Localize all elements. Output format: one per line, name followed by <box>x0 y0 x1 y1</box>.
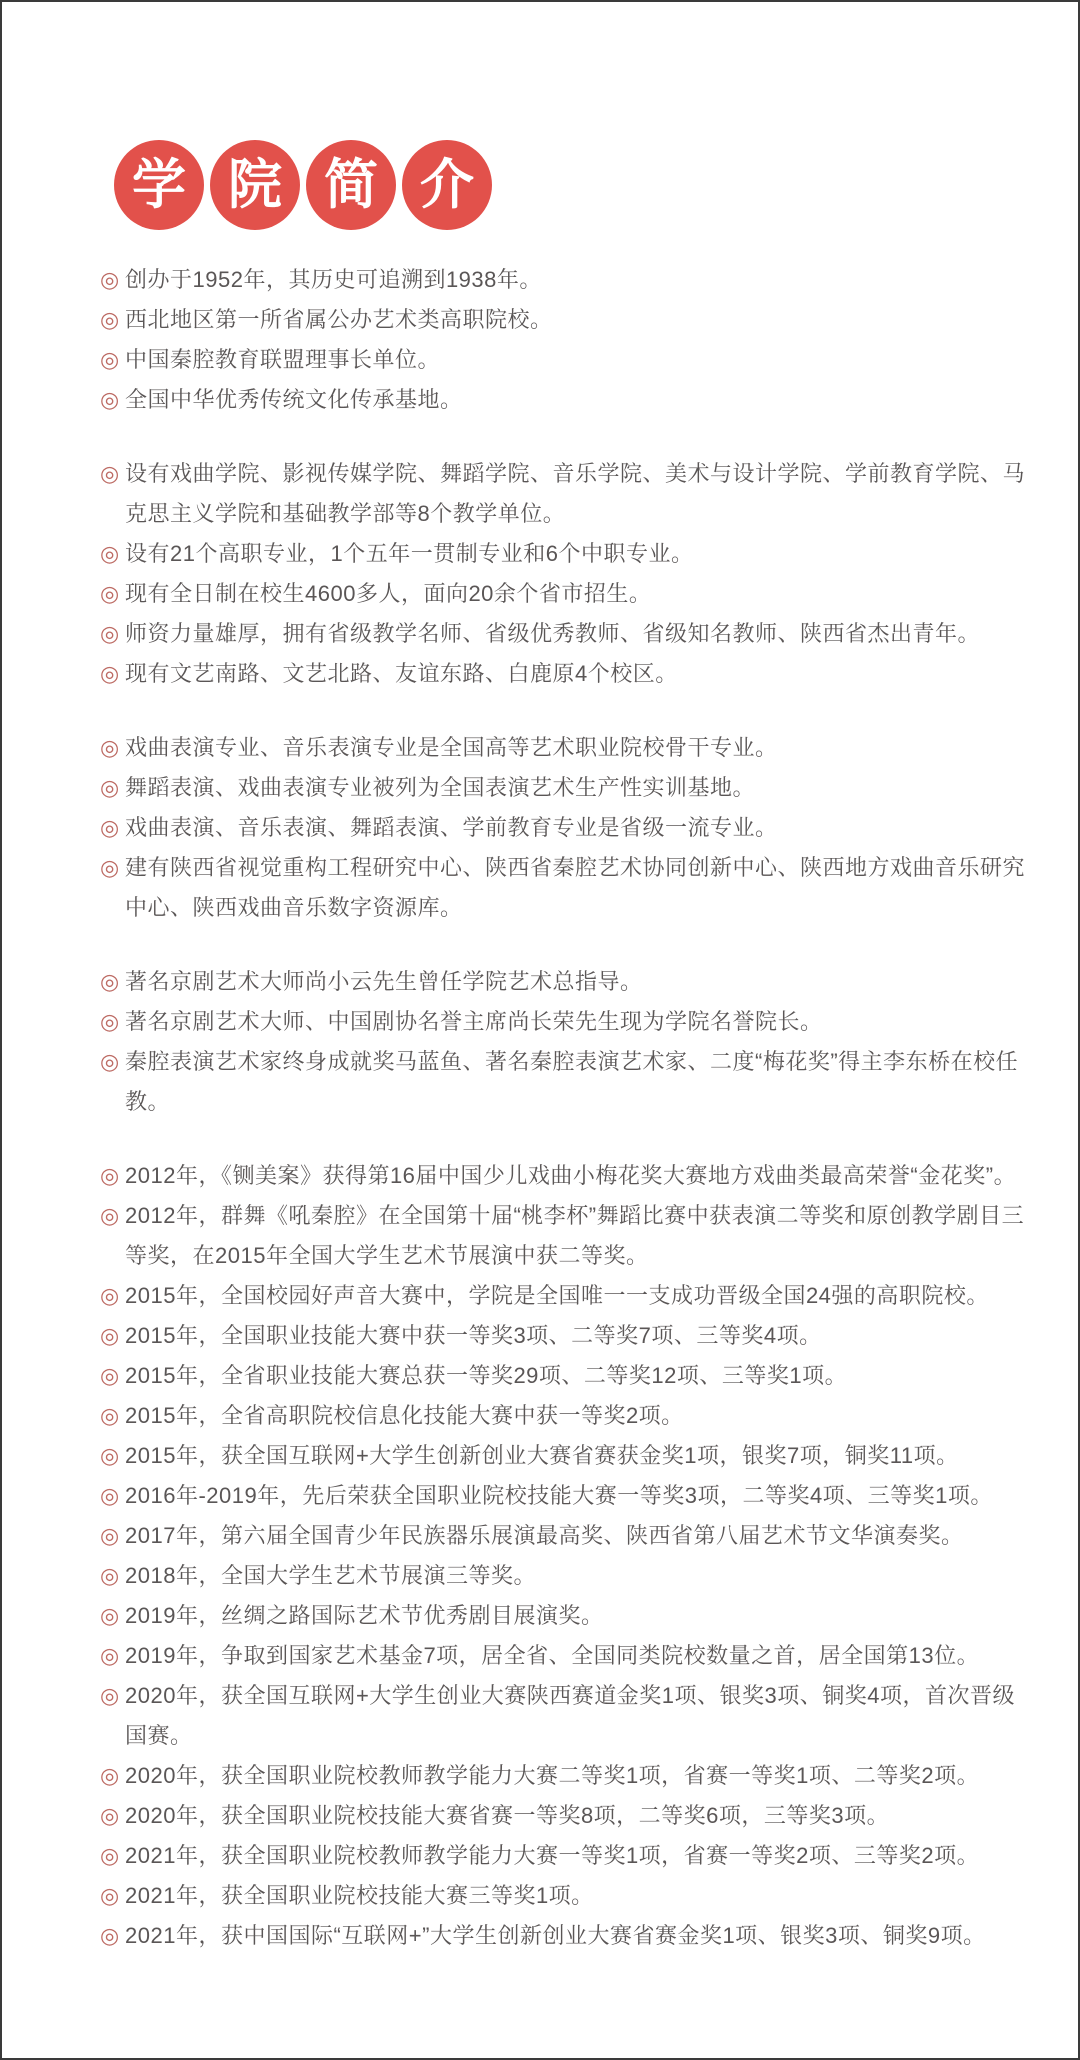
list-item-text: 2017年，第六届全国青少年民族器乐展演最高奖、陕西省第八届艺术节文华演奏奖。 <box>125 1523 963 1548</box>
bullet-icon: ◎ <box>100 340 120 380</box>
list-item: ◎建有陕西省视觉重构工程研究中心、陕西省秦腔艺术协同创新中心、陕西地方戏曲音乐研… <box>100 848 1033 928</box>
bullet-icon: ◎ <box>100 848 120 888</box>
list-item: ◎2015年，全国校园好声音大赛中，学院是全国唯一一支成功晋级全国24强的高职院… <box>100 1276 1033 1316</box>
content: ◎创办于1952年，其历史可追溯到1938年。◎西北地区第一所省属公办艺术类高职… <box>100 260 1033 1956</box>
bullet-icon: ◎ <box>100 1836 120 1876</box>
bullet-icon: ◎ <box>100 1436 120 1476</box>
list-item: ◎现有全日制在校生4600多人，面向20余个省市招生。 <box>100 574 1033 614</box>
list-item-text: 戏曲表演、音乐表演、舞蹈表演、学前教育专业是省级一流专业。 <box>125 815 778 840</box>
list-item: ◎西北地区第一所省属公办艺术类高职院校。 <box>100 300 1033 340</box>
list-item-text: 2016年-2019年，先后荣获全国职业院校技能大赛一等奖3项，二等奖4项、三等… <box>125 1483 993 1508</box>
list-item-text: 2019年，丝绸之路国际艺术节优秀剧目展演奖。 <box>125 1603 603 1628</box>
list-item-text: 现有文艺南路、文艺北路、友谊东路、白鹿原4个校区。 <box>125 661 678 686</box>
list-item: ◎现有文艺南路、文艺北路、友谊东路、白鹿原4个校区。 <box>100 654 1033 694</box>
list-item-text: 2021年，获全国职业院校教师教学能力大赛一等奖1项，省赛一等奖2项、三等奖2项… <box>125 1843 979 1868</box>
list-item-text: 师资力量雄厚，拥有省级教学名师、省级优秀教师、省级知名教师、陕西省杰出青年。 <box>125 621 980 646</box>
list-item-text: 中国秦腔教育联盟理事长单位。 <box>125 347 440 372</box>
list-item-text: 2015年，全省职业技能大赛总获一等奖29项、二等奖12项、三等奖1项。 <box>125 1363 847 1388</box>
title-badge: 简 <box>306 140 396 230</box>
bullet-icon: ◎ <box>100 1276 120 1316</box>
list-item: ◎2019年，丝绸之路国际艺术节优秀剧目展演奖。 <box>100 1596 1033 1636</box>
section-awards-timeline: ◎2012年，《铡美案》获得第16届中国少儿戏曲小梅花奖大赛地方戏曲类最高荣誉“… <box>100 1156 1033 1956</box>
list-item: ◎2021年，获全国职业院校技能大赛三等奖1项。 <box>100 1876 1033 1916</box>
list-item-text: 设有戏曲学院、影视传媒学院、舞蹈学院、音乐学院、美术与设计学院、学前教育学院、马… <box>125 461 1025 526</box>
list-item-text: 西北地区第一所省属公办艺术类高职院校。 <box>125 307 553 332</box>
list-item-text: 创办于1952年，其历史可追溯到1938年。 <box>125 267 542 292</box>
list-item: ◎2020年，获全国职业院校技能大赛省赛一等奖8项，二等奖6项，三等奖3项。 <box>100 1796 1033 1836</box>
bullet-icon: ◎ <box>100 534 120 574</box>
list-item-text: 2015年，获全国互联网+大学生创新创业大赛省赛获金奖1项，银奖7项，铜奖11项… <box>125 1443 959 1468</box>
list-item: ◎全国中华优秀传统文化传承基地。 <box>100 380 1033 420</box>
list-item: ◎2020年，获全国互联网+大学生创业大赛陕西赛道金奖1项、银奖3项、铜奖4项，… <box>100 1676 1033 1756</box>
list-item-text: 现有全日制在校生4600多人，面向20余个省市招生。 <box>125 581 651 606</box>
list-item: ◎著名京剧艺术大师、中国剧协名誉主席尚长荣先生现为学院名誉院长。 <box>100 1002 1033 1042</box>
bullet-icon: ◎ <box>100 1876 120 1916</box>
bullet-icon: ◎ <box>100 1916 120 1956</box>
list-item: ◎2021年，获全国职业院校教师教学能力大赛一等奖1项，省赛一等奖2项、三等奖2… <box>100 1836 1033 1876</box>
list-item: ◎2015年，全省高职院校信息化技能大赛中获一等奖2项。 <box>100 1396 1033 1436</box>
list-item: ◎中国秦腔教育联盟理事长单位。 <box>100 340 1033 380</box>
section-history-overview: ◎创办于1952年，其历史可追溯到1938年。◎西北地区第一所省属公办艺术类高职… <box>100 260 1033 420</box>
list-item: ◎2015年，全省职业技能大赛总获一等奖29项、二等奖12项、三等奖1项。 <box>100 1356 1033 1396</box>
list-item: ◎2021年，获中国国际“互联网+”大学生创新创业大赛省赛金奖1项、银奖3项、铜… <box>100 1916 1033 1956</box>
bullet-icon: ◎ <box>100 808 120 848</box>
bullet-icon: ◎ <box>100 1556 120 1596</box>
bullet-icon: ◎ <box>100 574 120 614</box>
page: 学院简介 ◎创办于1952年，其历史可追溯到1938年。◎西北地区第一所省属公办… <box>0 0 1080 2060</box>
list-item: ◎创办于1952年，其历史可追溯到1938年。 <box>100 260 1033 300</box>
bullet-icon: ◎ <box>100 1636 120 1676</box>
bullet-icon: ◎ <box>100 768 120 808</box>
title-badge: 介 <box>402 140 492 230</box>
bullet-icon: ◎ <box>100 1516 120 1556</box>
list-item: ◎设有戏曲学院、影视传媒学院、舞蹈学院、音乐学院、美术与设计学院、学前教育学院、… <box>100 454 1033 534</box>
list-item-text: 2012年，《铡美案》获得第16届中国少儿戏曲小梅花奖大赛地方戏曲类最高荣誉“金… <box>125 1163 1016 1188</box>
bullet-icon: ◎ <box>100 1002 120 1042</box>
list-item-text: 2021年，获全国职业院校技能大赛三等奖1项。 <box>125 1883 594 1908</box>
list-item-text: 著名京剧艺术大师尚小云先生曾任学院艺术总指导。 <box>125 969 643 994</box>
list-item-text: 全国中华优秀传统文化传承基地。 <box>125 387 463 412</box>
bullet-icon: ◎ <box>100 380 120 420</box>
list-item: ◎2012年，《铡美案》获得第16届中国少儿戏曲小梅花奖大赛地方戏曲类最高荣誉“… <box>100 1156 1033 1196</box>
bullet-icon: ◎ <box>100 1196 120 1236</box>
list-item-text: 2018年，全国大学生艺术节展演三等奖。 <box>125 1563 536 1588</box>
list-item-text: 2020年，获全国职业院校教师教学能力大赛二等奖1项，省赛一等奖1项、二等奖2项… <box>125 1763 979 1788</box>
list-item-text: 2015年，全省高职院校信息化技能大赛中获一等奖2项。 <box>125 1403 684 1428</box>
list-item: ◎2015年，获全国互联网+大学生创新创业大赛省赛获金奖1项，银奖7项，铜奖11… <box>100 1436 1033 1476</box>
list-item-text: 舞蹈表演、戏曲表演专业被列为全国表演艺术生产性实训基地。 <box>125 775 755 800</box>
bullet-icon: ◎ <box>100 1396 120 1436</box>
list-item: ◎戏曲表演、音乐表演、舞蹈表演、学前教育专业是省级一流专业。 <box>100 808 1033 848</box>
list-item-text: 建有陕西省视觉重构工程研究中心、陕西省秦腔艺术协同创新中心、陕西地方戏曲音乐研究… <box>125 855 1025 920</box>
list-item: ◎秦腔表演艺术家终身成就奖马蓝鱼、著名秦腔表演艺术家、二度“梅花奖”得主李东桥在… <box>100 1042 1033 1122</box>
bullet-icon: ◎ <box>100 962 120 1002</box>
list-item-text: 2012年，群舞《吼秦腔》在全国第十届“桃李杯”舞蹈比赛中获表演二等奖和原创教学… <box>125 1203 1024 1268</box>
bullet-icon: ◎ <box>100 614 120 654</box>
bullet-icon: ◎ <box>100 1156 120 1196</box>
list-item-text: 2015年，全国职业技能大赛中获一等奖3项、二等奖7项、三等奖4项。 <box>125 1323 822 1348</box>
bullet-icon: ◎ <box>100 1356 120 1396</box>
list-item: ◎2017年，第六届全国青少年民族器乐展演最高奖、陕西省第八届艺术节文华演奏奖。 <box>100 1516 1033 1556</box>
list-item: ◎2012年，群舞《吼秦腔》在全国第十届“桃李杯”舞蹈比赛中获表演二等奖和原创教… <box>100 1196 1033 1276</box>
list-item: ◎师资力量雄厚，拥有省级教学名师、省级优秀教师、省级知名教师、陕西省杰出青年。 <box>100 614 1033 654</box>
section-famous-artists: ◎著名京剧艺术大师尚小云先生曾任学院艺术总指导。◎著名京剧艺术大师、中国剧协名誉… <box>100 962 1033 1122</box>
list-item: ◎舞蹈表演、戏曲表演专业被列为全国表演艺术生产性实训基地。 <box>100 768 1033 808</box>
title-badge: 院 <box>210 140 300 230</box>
bullet-icon: ◎ <box>100 1796 120 1836</box>
list-item: ◎2020年，获全国职业院校教师教学能力大赛二等奖1项，省赛一等奖1项、二等奖2… <box>100 1756 1033 1796</box>
list-item-text: 著名京剧艺术大师、中国剧协名誉主席尚长荣先生现为学院名誉院长。 <box>125 1009 823 1034</box>
bullet-icon: ◎ <box>100 1042 120 1082</box>
bullet-icon: ◎ <box>100 654 120 694</box>
bullet-icon: ◎ <box>100 454 120 494</box>
bullet-icon: ◎ <box>100 728 120 768</box>
list-item-text: 2021年，获中国国际“互联网+”大学生创新创业大赛省赛金奖1项、银奖3项、铜奖… <box>125 1923 986 1948</box>
list-item-text: 戏曲表演专业、音乐表演专业是全国高等艺术职业院校骨干专业。 <box>125 735 778 760</box>
bullet-icon: ◎ <box>100 260 120 300</box>
list-item: ◎2019年，争取到国家艺术基金7项，居全省、全国同类院校数量之首，居全国第13… <box>100 1636 1033 1676</box>
list-item: ◎著名京剧艺术大师尚小云先生曾任学院艺术总指导。 <box>100 962 1033 1002</box>
list-item-text: 2015年，全国校园好声音大赛中，学院是全国唯一一支成功晋级全国24强的高职院校… <box>125 1283 989 1308</box>
list-item-text: 2019年，争取到国家艺术基金7项，居全省、全国同类院校数量之首，居全国第13位… <box>125 1643 979 1668</box>
list-item-text: 秦腔表演艺术家终身成就奖马蓝鱼、著名秦腔表演艺术家、二度“梅花奖”得主李东桥在校… <box>125 1049 1018 1114</box>
list-item: ◎2016年-2019年，先后荣获全国职业院校技能大赛一等奖3项，二等奖4项、三… <box>100 1476 1033 1516</box>
page-title: 学院简介 <box>114 140 1078 230</box>
title-badge: 学 <box>114 140 204 230</box>
bullet-icon: ◎ <box>100 1316 120 1356</box>
list-item-text: 设有21个高职专业，1个五年一贯制专业和6个中职专业。 <box>125 541 693 566</box>
bullet-icon: ◎ <box>100 1476 120 1516</box>
list-item: ◎设有21个高职专业，1个五年一贯制专业和6个中职专业。 <box>100 534 1033 574</box>
list-item-text: 2020年，获全国互联网+大学生创业大赛陕西赛道金奖1项、银奖3项、铜奖4项，首… <box>125 1683 1015 1748</box>
list-item-text: 2020年，获全国职业院校技能大赛省赛一等奖8项，二等奖6项，三等奖3项。 <box>125 1803 889 1828</box>
bullet-icon: ◎ <box>100 1756 120 1796</box>
list-item: ◎戏曲表演专业、音乐表演专业是全国高等艺术职业院校骨干专业。 <box>100 728 1033 768</box>
section-schools-and-programs: ◎设有戏曲学院、影视传媒学院、舞蹈学院、音乐学院、美术与设计学院、学前教育学院、… <box>100 454 1033 694</box>
section-key-majors-and-research: ◎戏曲表演专业、音乐表演专业是全国高等艺术职业院校骨干专业。◎舞蹈表演、戏曲表演… <box>100 728 1033 928</box>
list-item: ◎2018年，全国大学生艺术节展演三等奖。 <box>100 1556 1033 1596</box>
bullet-icon: ◎ <box>100 1596 120 1636</box>
bullet-icon: ◎ <box>100 1676 120 1716</box>
list-item: ◎2015年，全国职业技能大赛中获一等奖3项、二等奖7项、三等奖4项。 <box>100 1316 1033 1356</box>
bullet-icon: ◎ <box>100 300 120 340</box>
